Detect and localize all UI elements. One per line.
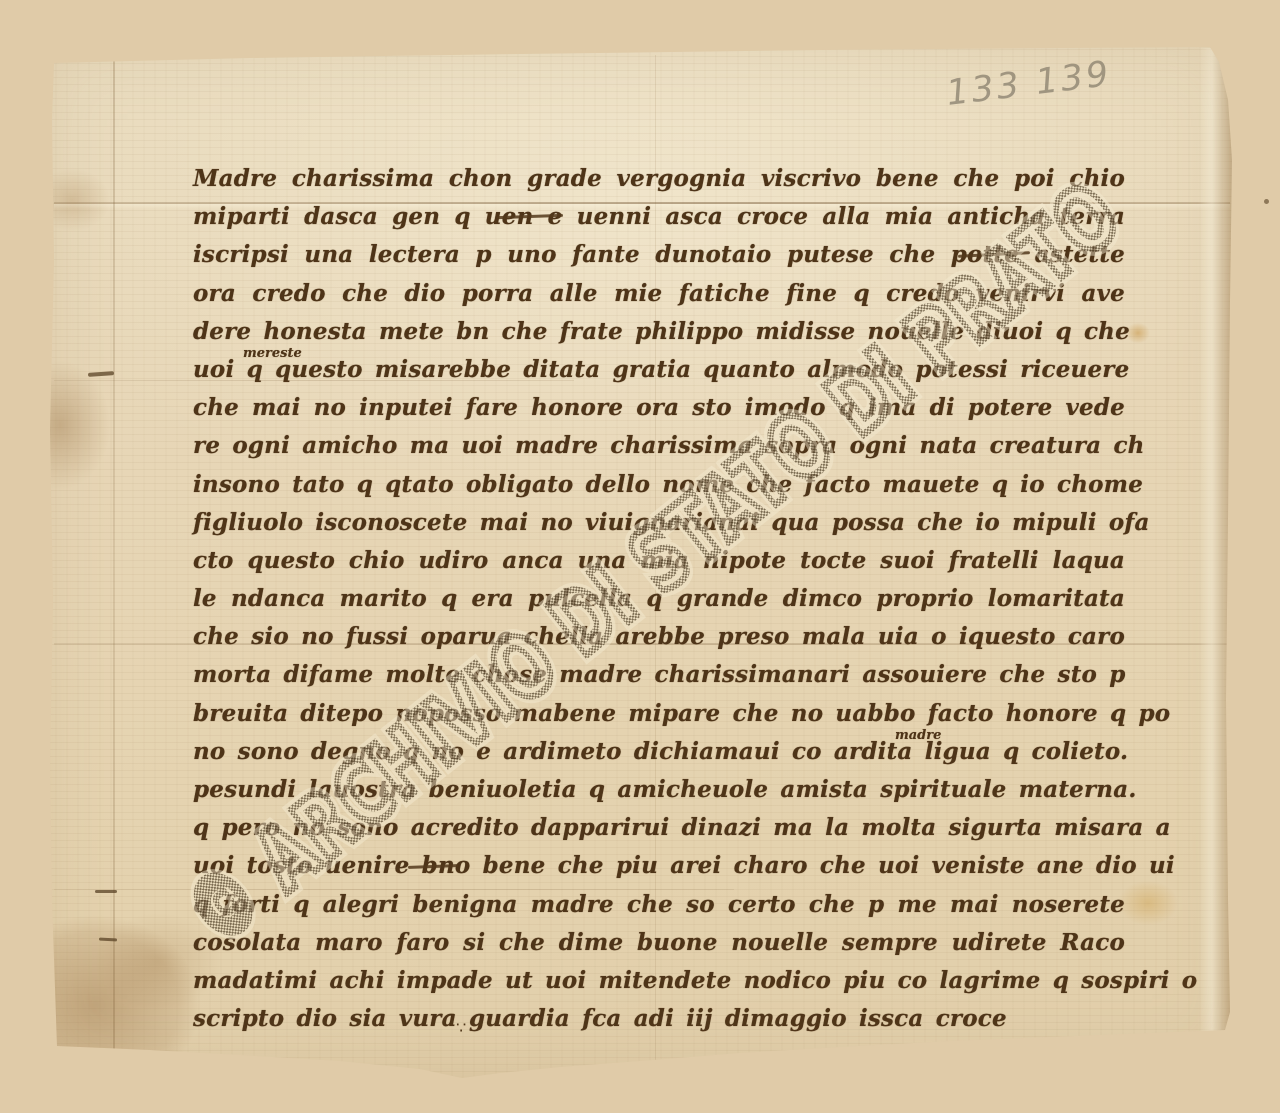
manuscript-line: madatimi achi impade ut uoi mitendete no… (193, 962, 1125, 1000)
interlinear-insertion: mereste (243, 346, 302, 361)
interlinear-insertion: madre (895, 728, 941, 743)
manuscript-paper: 133 139 Madre charissima chon grade verg… (0, 0, 1280, 1113)
manuscript-line: scripto dio sia vura guardia fca adi iij… (193, 1000, 1125, 1038)
manuscript-line: che sio no fussi oparua chella arebbe pr… (193, 618, 1125, 656)
manuscript-line: cto questo chio udiro anca una mia nipot… (193, 542, 1125, 580)
manuscript-line: insono tato q qtato obligato dello nome … (193, 466, 1125, 504)
manuscript-line: che mai no inputei fare honore ora sto i… (193, 389, 1125, 427)
fold-crease (113, 60, 115, 1050)
manuscript-line: figliuolo isconoscete mai no viuignarian… (193, 504, 1125, 542)
manuscript-line: morta difame molte chose madre charissim… (193, 656, 1125, 694)
background-speck (1264, 199, 1269, 204)
ink-flourish: ∵ (456, 1018, 466, 1037)
manuscript-line: breuita ditepo noposso mabene mipare che… (193, 695, 1125, 733)
manuscript-line: q pero no sono acredito dapparirui dinaz… (193, 809, 1125, 847)
manuscript-line: ora credo che dio porra alle mie fatiche… (193, 275, 1125, 313)
manuscript-line: pesundi lauostra beniuoletia q amicheuol… (193, 771, 1125, 809)
margin-mark (95, 890, 117, 893)
manuscript-line: dere honesta mete bn che frate philippo … (193, 313, 1125, 351)
scanned-letter-page: 133 139 Madre charissima chon grade verg… (0, 0, 1280, 1113)
manuscript-line: uoi q questo misarebbe ditata gratia qua… (193, 351, 1125, 389)
paper-edge-highlight (1198, 48, 1232, 1033)
manuscript-line: no sono degno q no e ardimeto dichiamaui… (193, 733, 1125, 771)
manuscript-line: cosolata maro faro si che dime buone nou… (193, 924, 1125, 962)
manuscript-line: re ogni amicho ma uoi madre charissima s… (193, 427, 1125, 465)
letter-text: Madre charissima chon grade vergognia vi… (193, 160, 1125, 1038)
manuscript-line: q forti q alegri benigna madre che so ce… (193, 886, 1125, 924)
manuscript-line: uoi tosto uenire bno bene che piu arei c… (193, 847, 1125, 885)
manuscript-line: le ndanca marito q era pulcella q grande… (193, 580, 1125, 618)
manuscript-line: miparti dasca gen q uen e uenni asca cro… (193, 198, 1125, 236)
manuscript-line: Madre charissima chon grade vergognia vi… (193, 160, 1125, 198)
